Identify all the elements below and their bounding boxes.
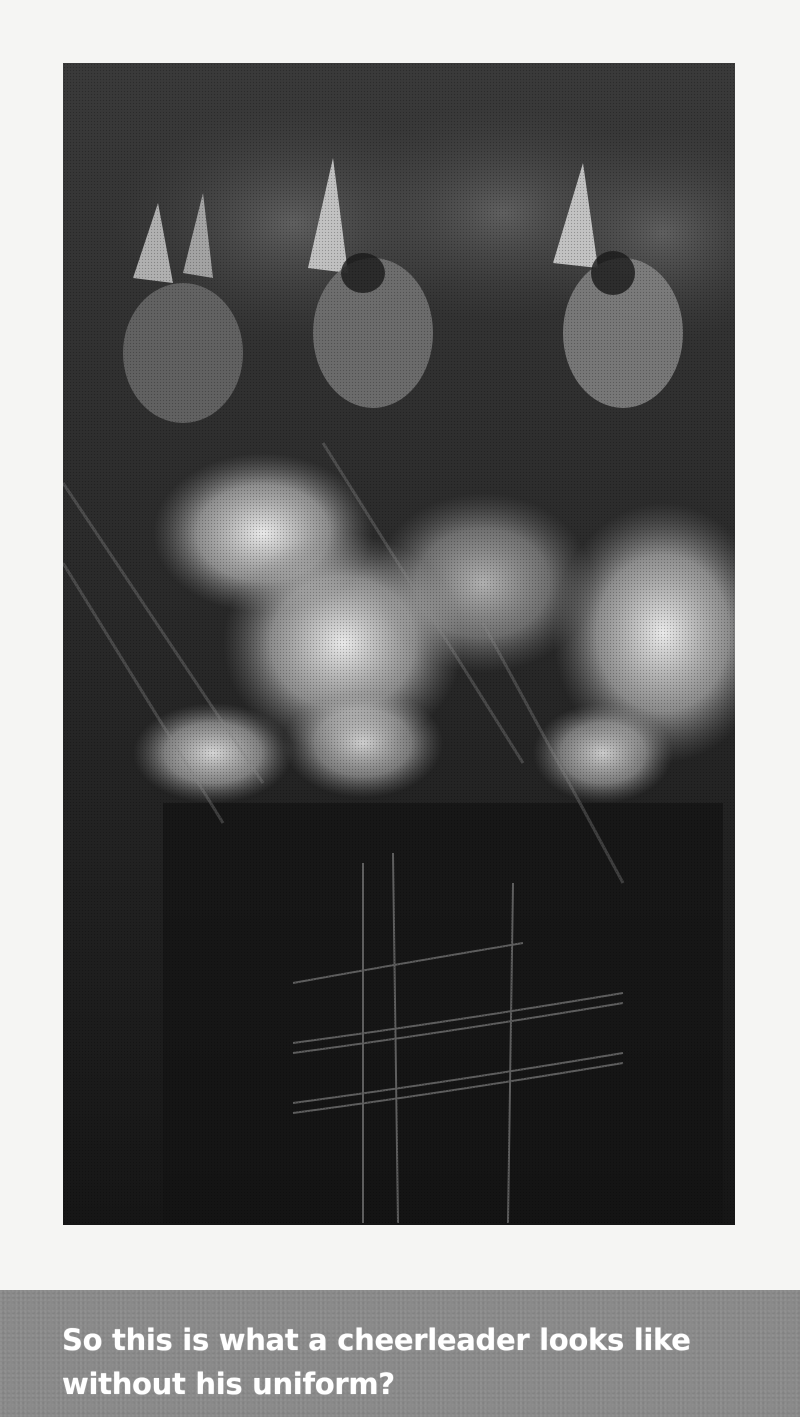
multiple-exposure-photo [63,63,735,1225]
caption-line-2: without his uniform? [62,1362,762,1406]
photo-illustration [63,63,735,1225]
yearbook-page [0,0,800,1290]
caption-line-1: So this is what a cheerleader looks like [62,1318,762,1362]
photo-caption: So this is what a cheerleader looks like… [62,1318,762,1406]
